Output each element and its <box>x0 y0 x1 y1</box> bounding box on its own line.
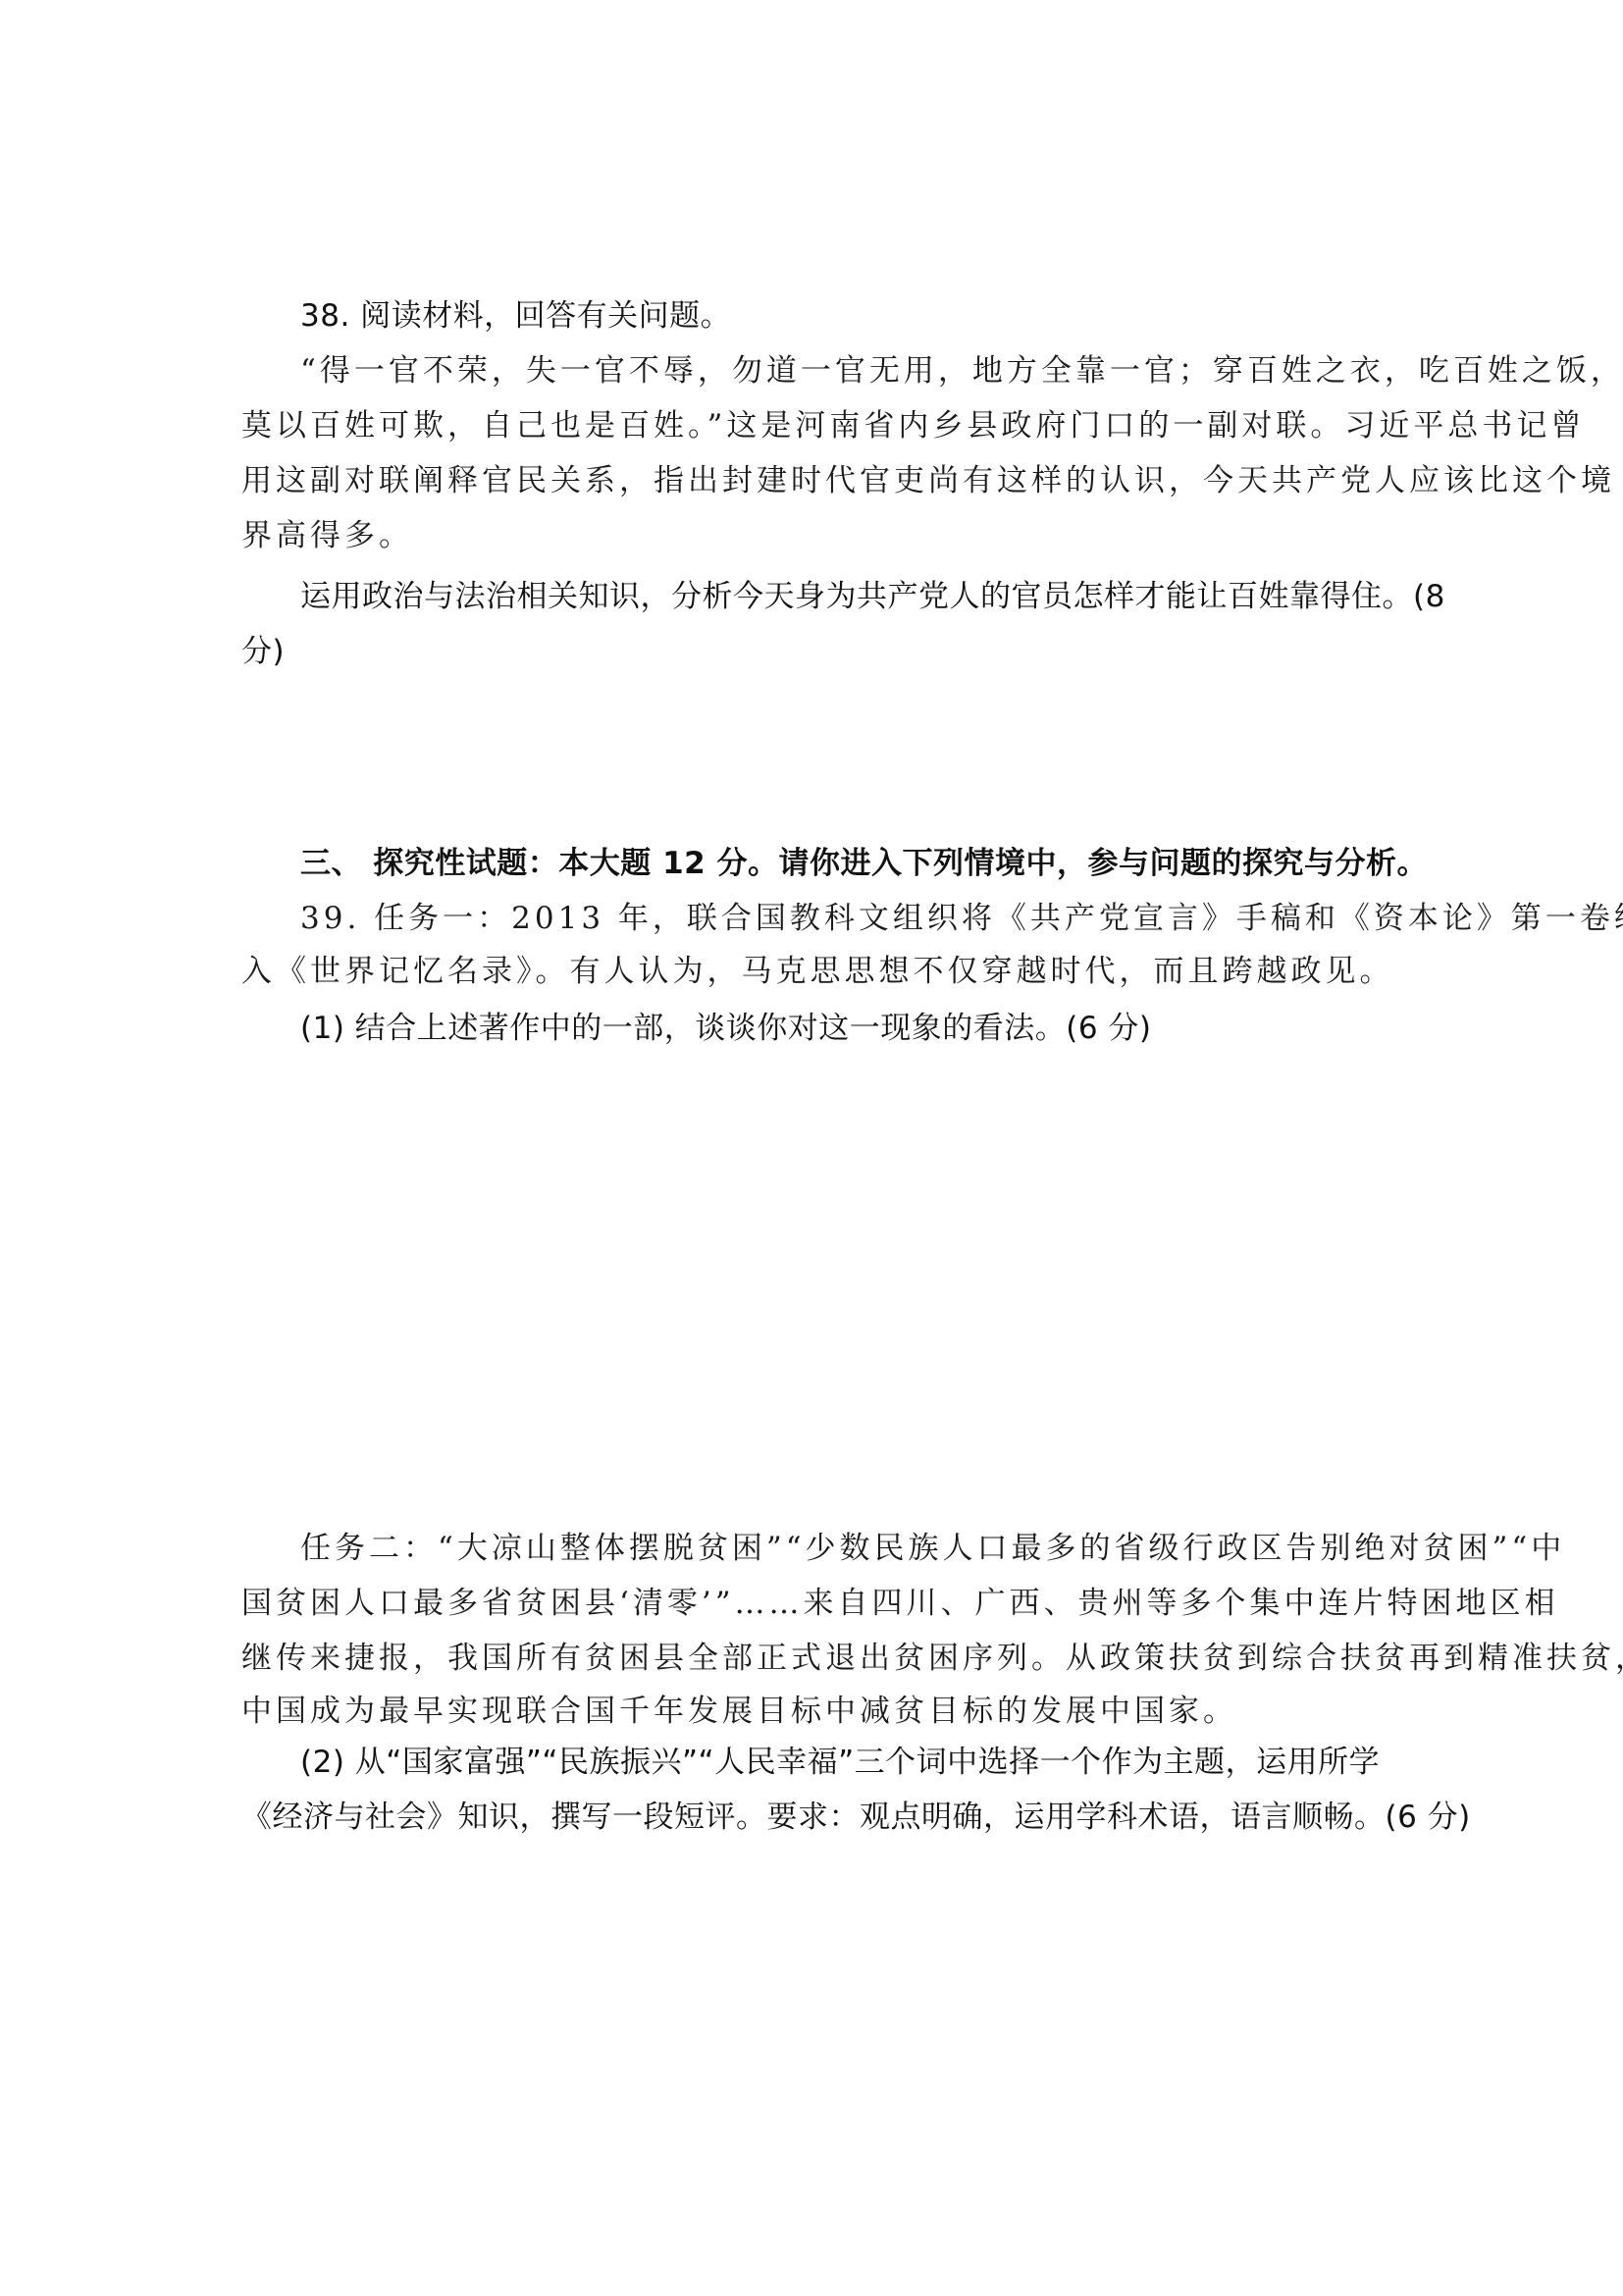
question-38-material-line: “得一官不荣，失一官不辱，勿道一官无用，地方全靠一官；穿百姓之衣，吃百姓之饭， <box>300 351 1380 391</box>
question-39-sub1: (1) 结合上述著作中的一部，谈谈你对这一现象的看法。(6 分) <box>300 1009 1439 1048</box>
question-39-sub2-line: (2) 从“国家富强”“民族振兴”“人民幸福”三个词中选择一个作为主题，运用所学 <box>300 1743 1380 1782</box>
question-39-task2-line: 国贫困人口最多省贫困县‘清零’”……来自四川、广西、贵州等多个集中连片特困地区相 <box>241 1584 1380 1623</box>
question-39-task1-line: 39. 任务一：2013 年，联合国教科文组织将《共产党宣言》手稿和《资本论》第… <box>300 899 1380 938</box>
question-39-task2-line: 继传来捷报，我国所有贫困县全部正式退出贫困序列。从政策扶贫到综合扶贫再到精准扶贫… <box>241 1639 1380 1678</box>
question-38-material-line: 界高得多。 <box>241 516 1380 555</box>
question-39-task2-line: 任务二：“大凉山整体摆脱贫困”“少数民族人口最多的省级行政区告别绝对贫困”“中 <box>300 1529 1380 1568</box>
question-38-prompt: 运用政治与法治相关知识，分析今天身为共产党人的官员怎样才能让百姓靠得住。(8 <box>300 577 1439 616</box>
section-3-heading: 三、 探究性试题：本大题 12 分。请你进入下列情境中，参与问题的探究与分析。 <box>300 844 1439 883</box>
question-38-title: 38. 阅读材料，回答有关问题。 <box>300 296 1439 336</box>
question-39-task1-line: 入《世界记忆名录》。有人认为，马克思思想不仅穿越时代，而且跨越政见。 <box>241 952 1380 991</box>
question-38-material-line: 莫以百姓可欺，自己也是百姓。”这是河南省内乡县政府门口的一副对联。习近平总书记曾 <box>241 406 1380 445</box>
exam-page: 38. 阅读材料，回答有关问题。 “得一官不荣，失一官不辱，勿道一官无用，地方全… <box>0 0 1623 2296</box>
question-38-prompt-score: 分) <box>241 632 1380 671</box>
question-39-task2-line: 中国成为最早实现联合国千年发展目标中减贫目标的发展中国家。 <box>241 1692 1380 1731</box>
question-38-material-line: 用这副对联阐释官民关系，指出封建时代官吏尚有这样的认识，今天共产党人应该比这个境 <box>241 461 1380 500</box>
question-39-sub2-line: 《经济与社会》知识，撰写一段短评。要求：观点明确，运用学科术语，语言顺畅。(6 … <box>241 1798 1380 1837</box>
